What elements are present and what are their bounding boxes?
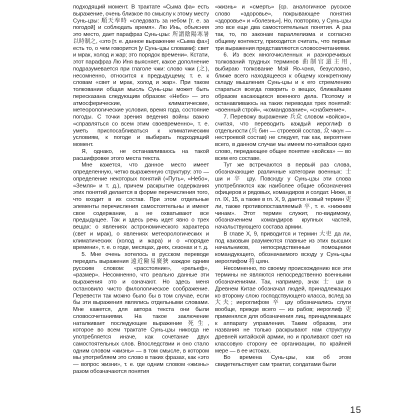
paragraph: Несомненно, по своему происхождению все …: [215, 265, 351, 354]
text-column-right: «жизнь» и «смерть» [ср. аналогичное русс…: [215, 4, 351, 406]
paragraph: В главе X, 9, приводится и термин 大吏 да …: [215, 231, 351, 265]
paragraph: 6. Из всех многочисленных и разноречивых…: [215, 52, 351, 114]
paragraph: 5. Мне очень хотелось в русском переводе…: [73, 252, 209, 376]
paragraph: Я, однако, не останавливаюсь на такой ра…: [73, 148, 209, 162]
paragraph: подходящий момент. В трактате «Сыма фа» …: [73, 4, 209, 148]
paragraph: Во времена Сунь-цзы, как об этом свидете…: [215, 355, 351, 369]
paragraph: «жизнь» и «смерть» [ср. аналогичное русс…: [215, 4, 351, 52]
page-number: 15: [350, 405, 362, 416]
book-page: подходящий момент. В трактате «Сыма фа» …: [0, 0, 420, 420]
text-column-left: подходящий момент. В трактате «Сыма фа» …: [73, 4, 209, 406]
paragraph: Тут же встречаются в первый раз слова, о…: [215, 162, 351, 231]
paragraph: 7. Перевожу выражение 兵众 словом «войско»…: [215, 114, 351, 162]
paragraph: Мне кажется, что данное место имеет опре…: [73, 162, 209, 251]
